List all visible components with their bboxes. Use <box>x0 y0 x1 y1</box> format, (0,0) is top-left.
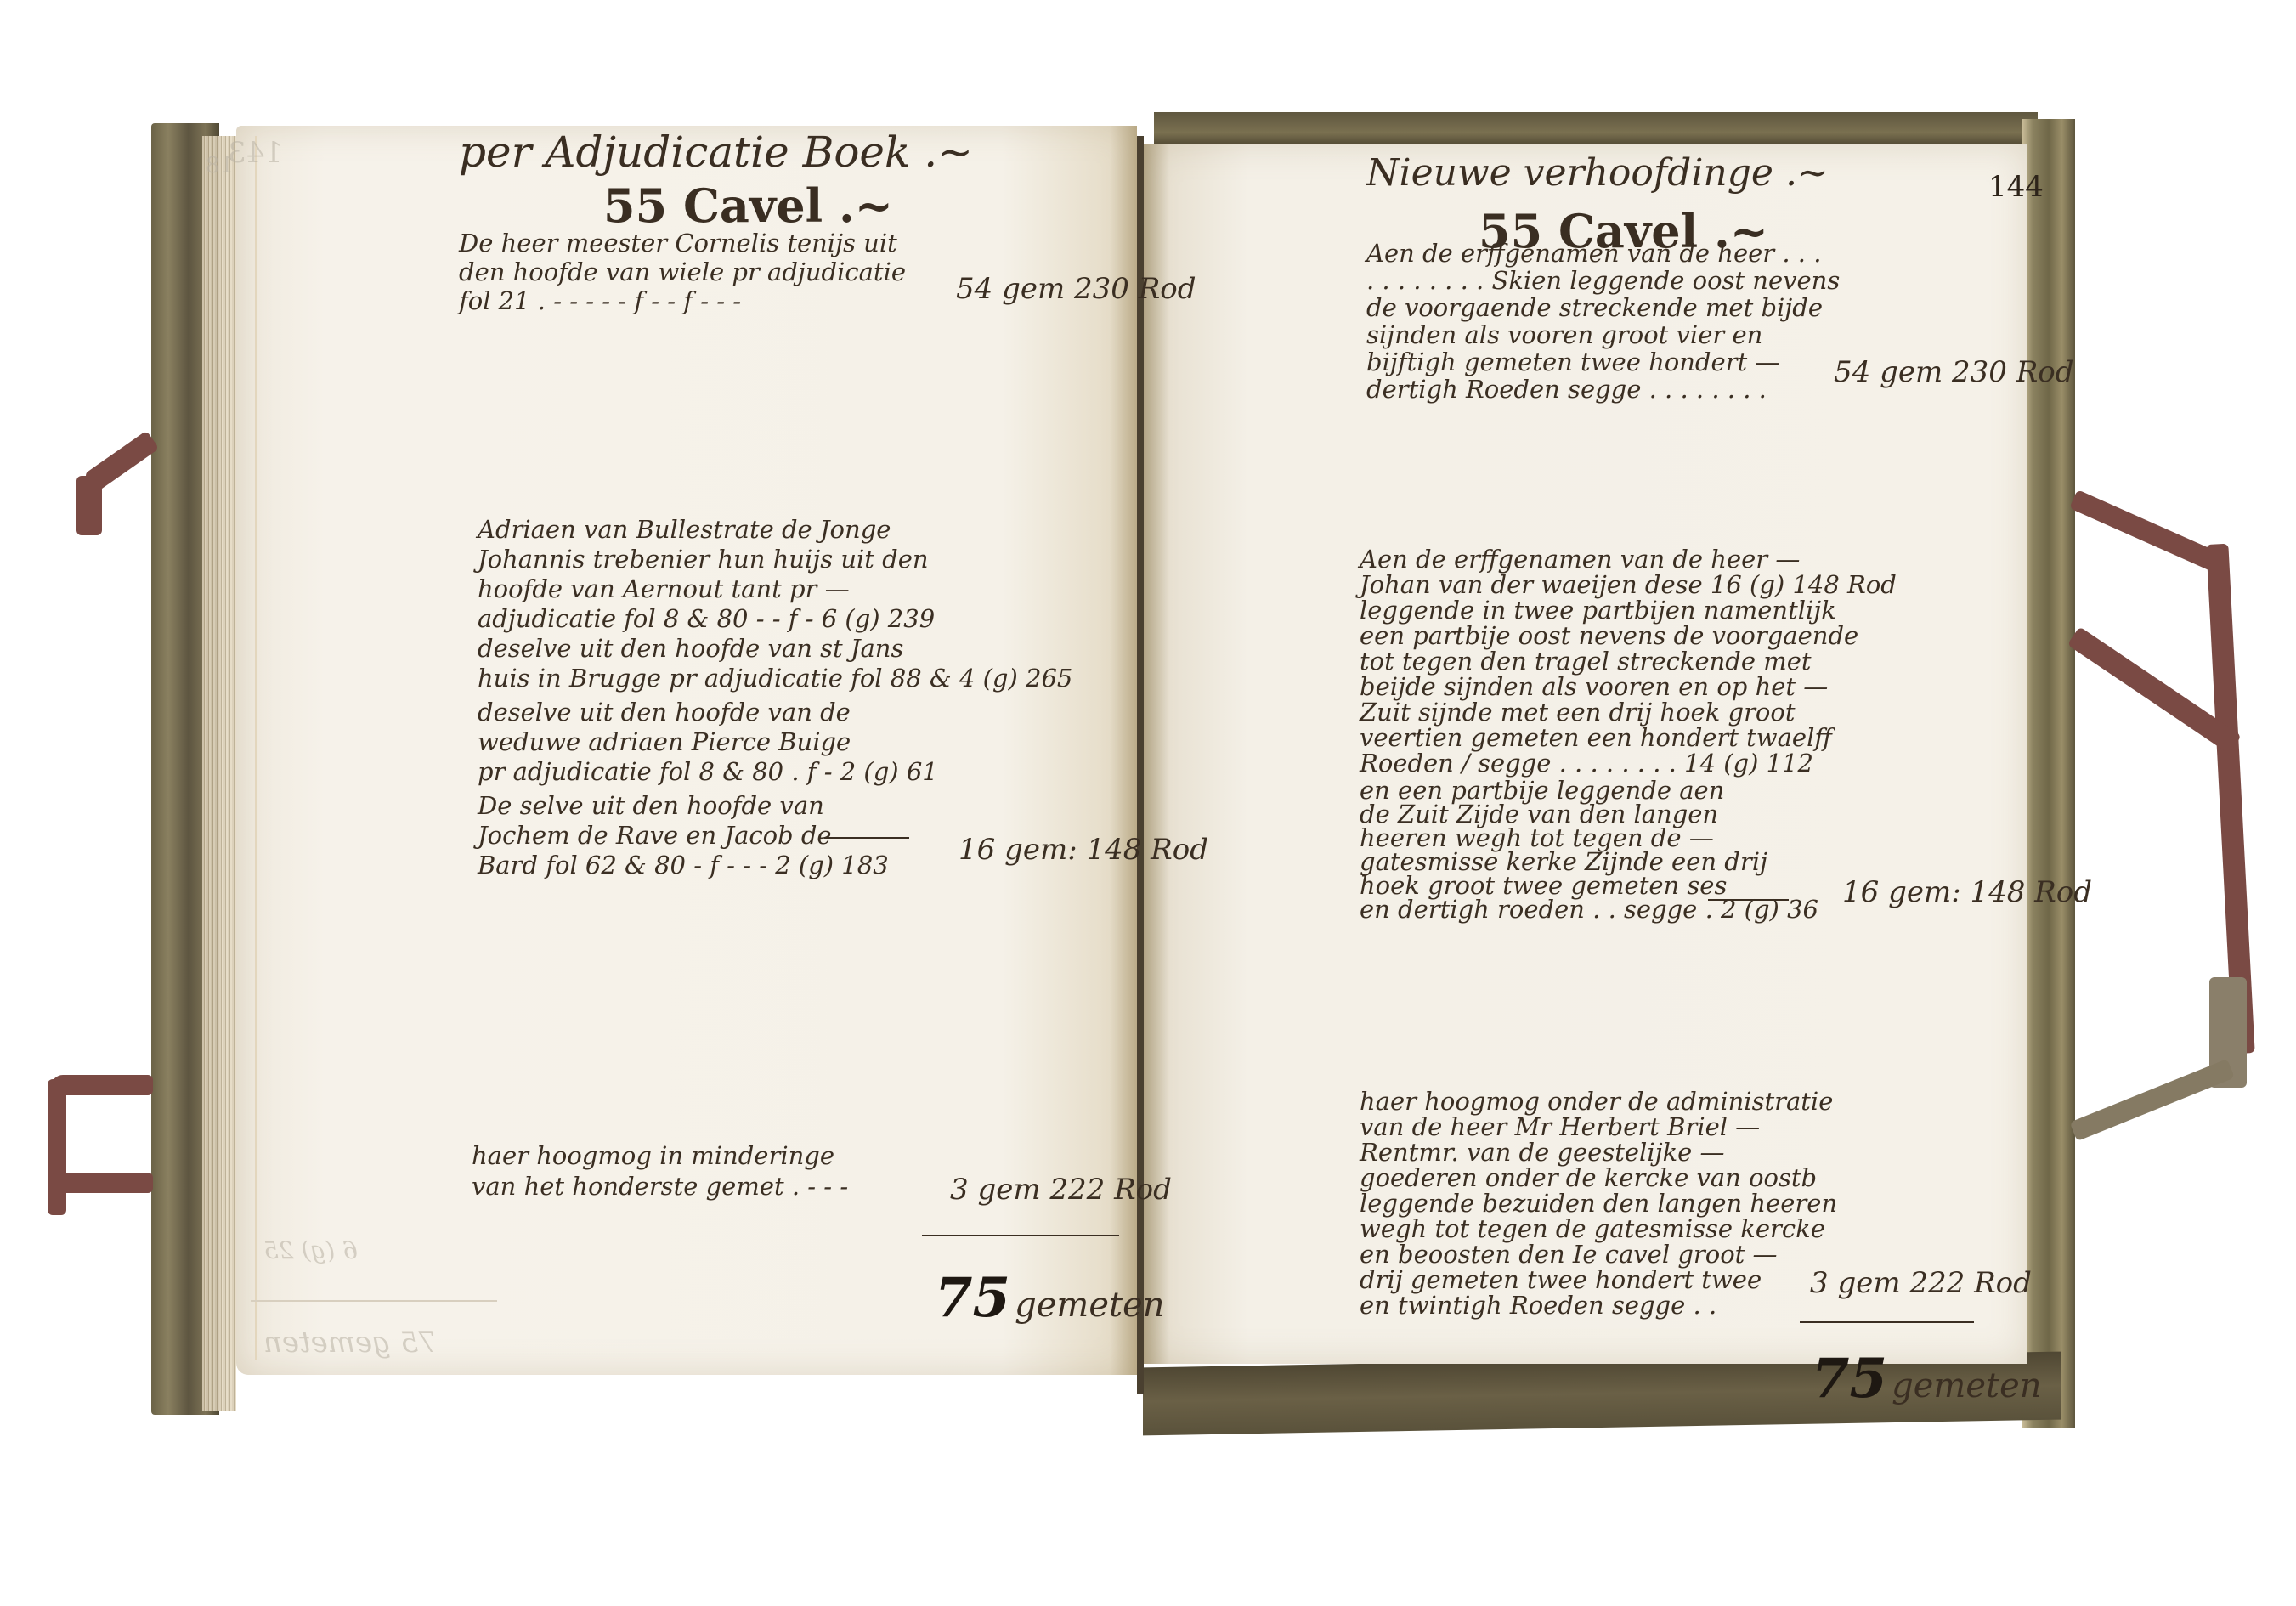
entry-total: 54 gem 230 Rod <box>1834 355 2074 389</box>
entry-line: Roeden / segge . . . . . . . . 14 (g) 11… <box>1360 748 1813 778</box>
entry-line: adjudicatie fol 8 & 80 - - f - 6 (g) 239 <box>478 603 935 634</box>
bleed-through-amount: 6 (g) 25 <box>263 1236 358 1264</box>
entry-line: fol 21 . - - - - - f - - f - - - <box>459 286 741 316</box>
entry-line: den hoofde van wiele pr adjudicatie <box>459 257 906 287</box>
subtotal-rule <box>824 837 909 839</box>
right-page-heading: Nieuwe verhoofdinge .~ <box>1366 151 1829 195</box>
grand-total-rule <box>1800 1321 1974 1323</box>
grand-total-value: 75 <box>935 1266 1010 1330</box>
entry-line: Jochem de Rave en Jacob de <box>478 820 832 851</box>
ribbon-tie-left-lower <box>51 1075 153 1095</box>
entry-total: 16 gem: 148 Rod <box>1842 875 2092 909</box>
left-lot-title: 55 Cavel .~ <box>603 178 893 233</box>
bleed-through-rule <box>251 1300 497 1302</box>
entry-total: 3 gem 222 Rod <box>1810 1266 2032 1300</box>
entry-line: dertigh Roeden segge . . . . . . . . <box>1366 374 1767 404</box>
entry-line: Aen de erffgenamen van de heer . . . <box>1366 238 1821 269</box>
entry-line: sijnden als vooren groot vier en <box>1366 320 1762 350</box>
entry-line: De selve uit den hoofde van <box>478 790 824 821</box>
entry-line: Bard fol 62 & 80 - f - - - 2 (g) 183 <box>478 850 889 880</box>
entry-line: huis in Brugge pr adjudicatie fol 88 & 4… <box>478 663 1072 693</box>
vellum-cover-top-right <box>1154 112 2038 146</box>
left-page-heading: per Adjudicatie Boek .~ <box>459 127 973 177</box>
entry-total: 54 gem 230 Rod <box>956 272 1196 306</box>
entry-line: hoofde van Aernout tant pr — <box>478 574 850 604</box>
entry-line: deselve uit den hoofde van st Jans <box>478 633 903 664</box>
grand-total-unit: gemeten <box>1015 1286 1164 1325</box>
page-edges-left <box>202 136 236 1411</box>
vellum-cover-right <box>2022 119 2075 1428</box>
entry-line: weduwe adriaen Pierce Buige <box>478 727 851 757</box>
grand-total-value: 75 <box>1812 1347 1887 1411</box>
right-folio-number: 144 <box>1988 170 2044 204</box>
right-grand-total: 75 gemeten <box>1812 1347 2042 1411</box>
entry-total: 16 gem: 148 Rod <box>959 833 1208 867</box>
ribbon-tie-left-upper-end <box>76 476 102 535</box>
entry-line: haer hoogmog in minderinge <box>472 1140 834 1171</box>
grand-total-unit: gemeten <box>1892 1366 2041 1405</box>
left-folio-number-faint: 143 <box>228 136 283 170</box>
left-verso-number-faint: 18 <box>206 153 234 178</box>
entry-line: de voorgaende streckende met bijde <box>1366 292 1823 323</box>
entry-line: bijftigh gemeten twee hondert — <box>1366 347 1779 377</box>
entry-line: Adriaen van Bullestrate de Jonge <box>478 514 891 545</box>
ribbon-tie-right-tail <box>2070 1059 2235 1141</box>
ribbon-tie-left-lower-return <box>51 1173 153 1193</box>
ribbon-tie-left-lower-loop <box>48 1079 66 1215</box>
bleed-through-total: 75 gemeten <box>263 1326 437 1360</box>
left-page-inner-fold <box>255 136 257 1360</box>
entry-line: . . . . . . . . Skien leggende oost neve… <box>1366 265 1840 296</box>
entry-line: van het honderste gemet . - - - <box>472 1171 848 1202</box>
ribbon-tie-right-upper <box>2069 489 2225 574</box>
left-grand-total: 75 gemeten <box>935 1266 1165 1330</box>
entry-total: 3 gem 222 Rod <box>950 1173 1172 1207</box>
entry-line: Johannis trebenier hun huijs uit den <box>478 544 929 574</box>
entry-line: en twintigh Roeden segge . . <box>1360 1290 1716 1320</box>
entry-line: De heer meester Cornelis tenijs uit <box>459 228 897 258</box>
entry-line: pr adjudicatie fol 8 & 80 . f - 2 (g) 61 <box>478 756 938 787</box>
grand-total-rule <box>922 1235 1119 1236</box>
subtotal-rule <box>1708 899 1789 901</box>
entry-line: deselve uit den hoofde van de <box>478 697 851 727</box>
